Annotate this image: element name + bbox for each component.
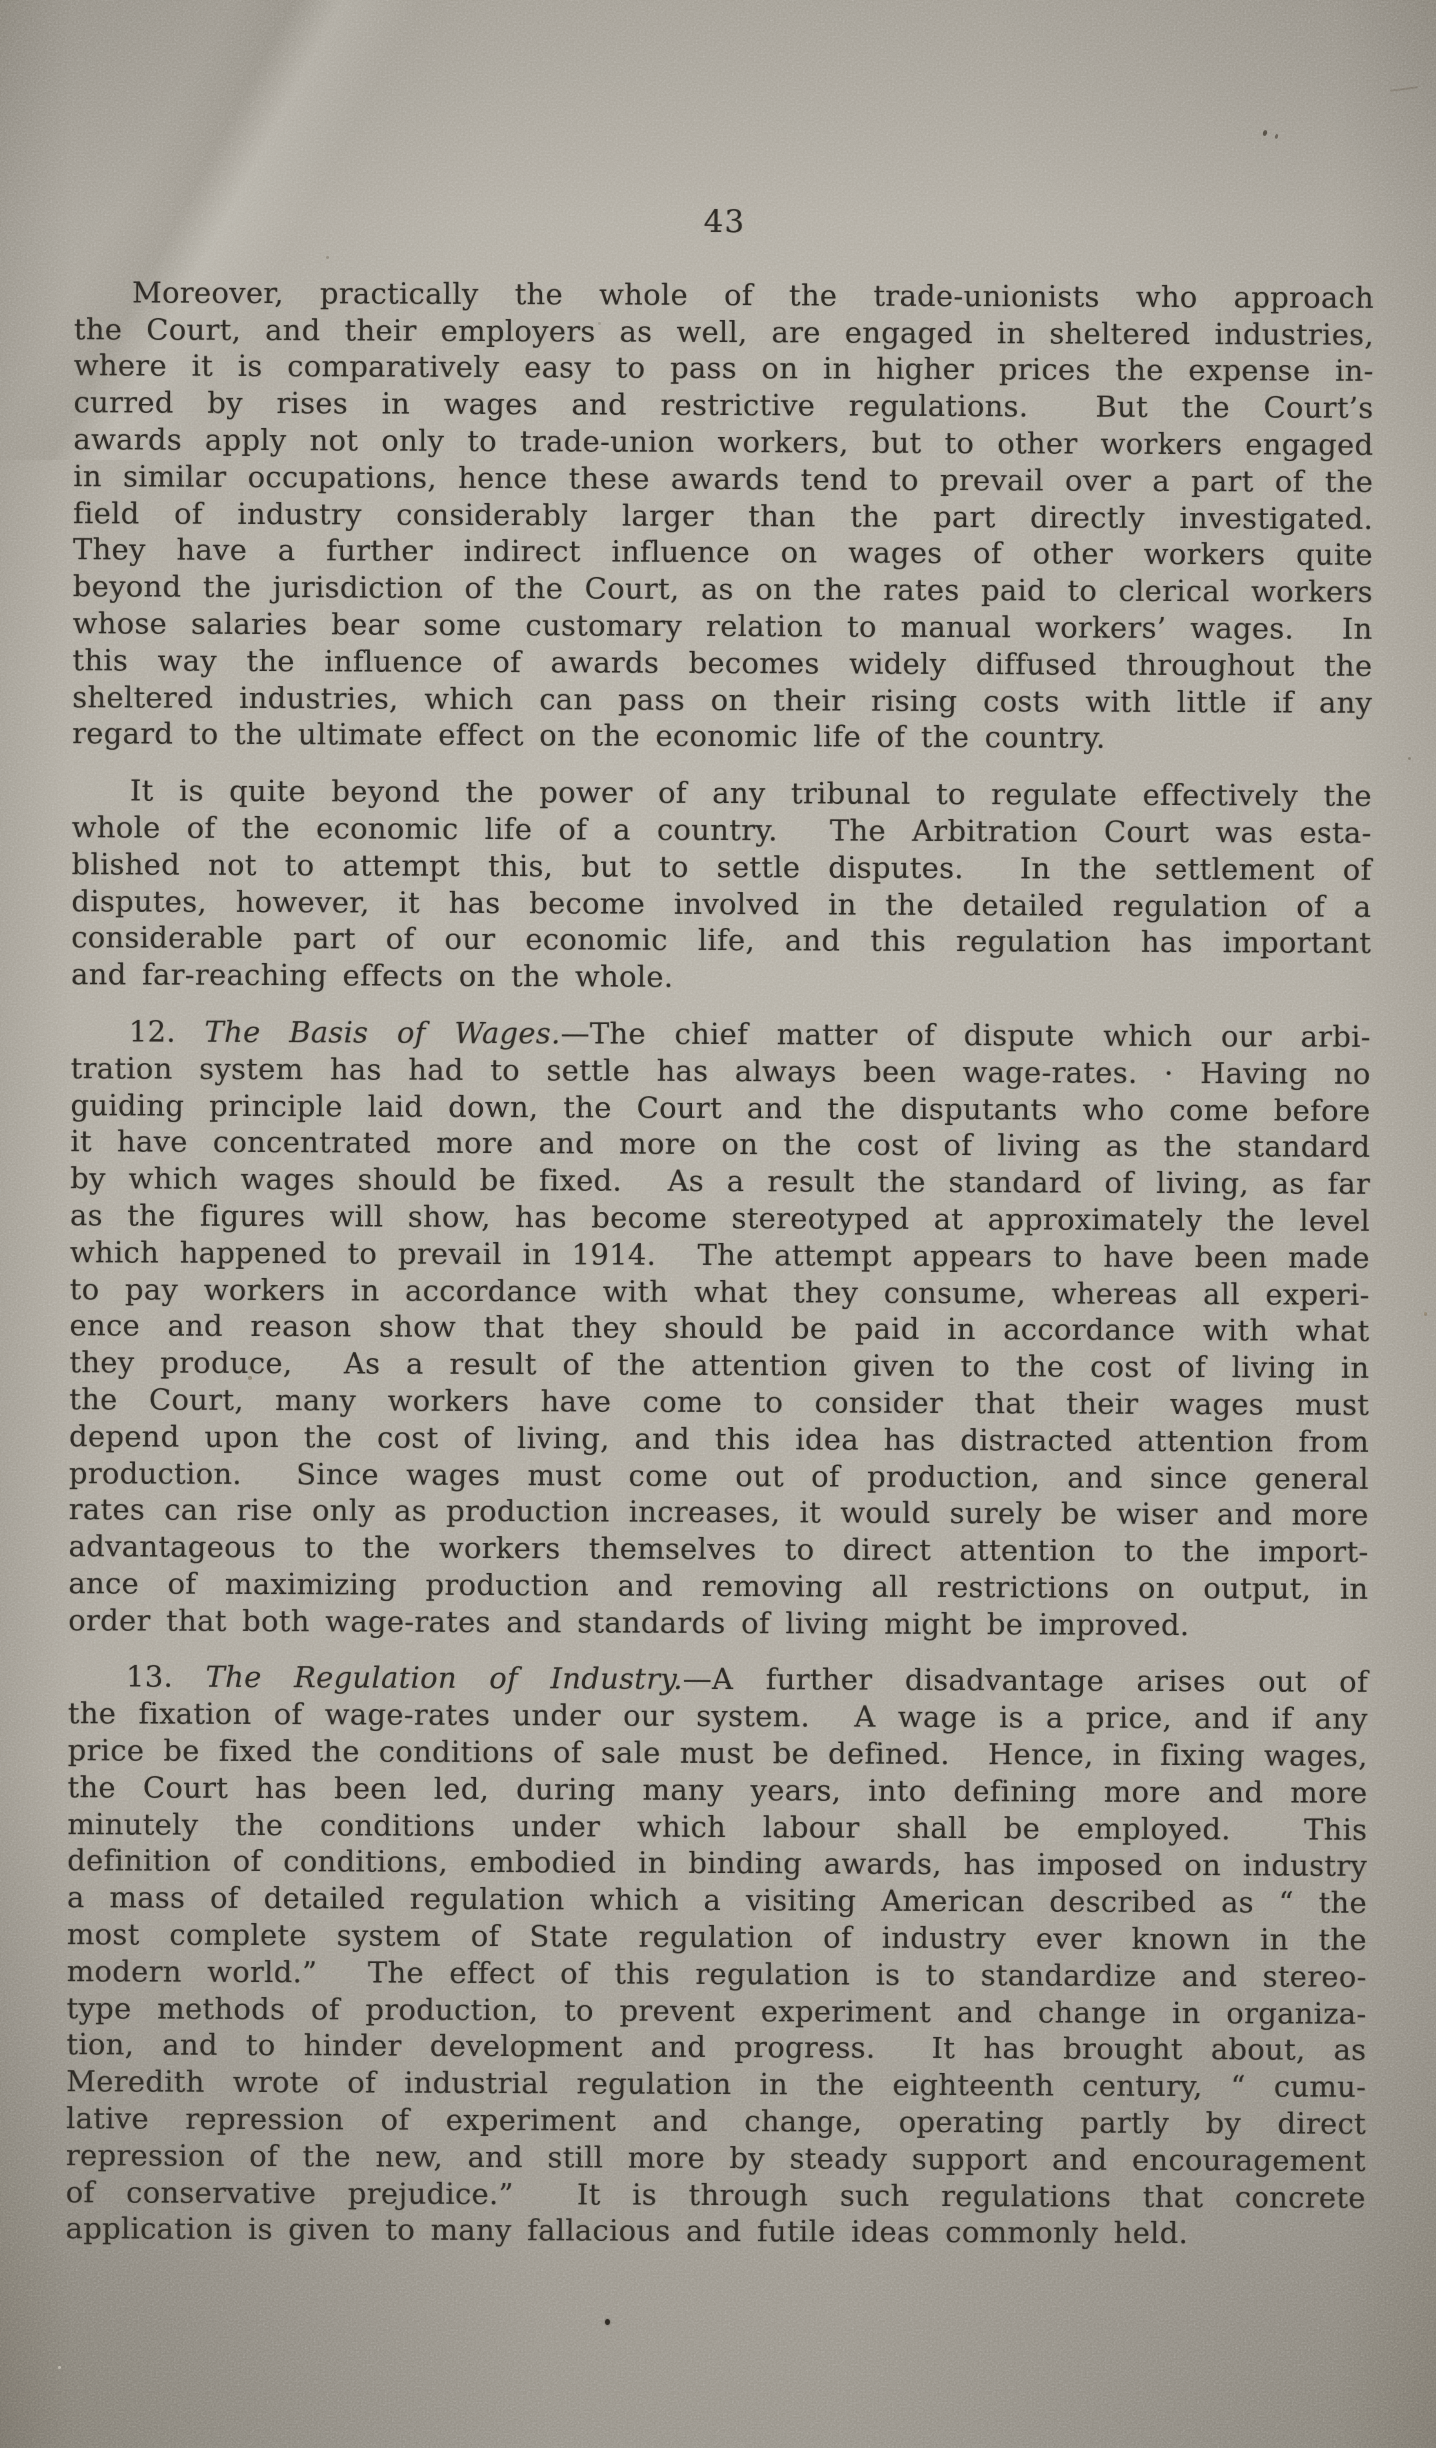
text-line: curred by rises in wages and restrictive… — [74, 384, 1374, 426]
paragraph: 12. The Basis of Wages.—The chief matter… — [68, 1013, 1371, 1644]
paper-speck — [1408, 757, 1411, 760]
text-line: regard to the ultimate effect on the eco… — [72, 716, 1372, 758]
text-line: rates can rise only as production increa… — [69, 1491, 1369, 1533]
text-line: advantageous to the workers themselves t… — [69, 1528, 1369, 1570]
text-line: awards apply not only to trade-union wor… — [73, 421, 1373, 463]
page-number: 43 — [74, 201, 1374, 243]
paragraph: 13. The Regulation of Industry.—A furthe… — [66, 1659, 1369, 2253]
text-line: tion, and to hinder development and prog… — [66, 2027, 1366, 2069]
text-line: it have concentrated more and more on th… — [70, 1123, 1370, 1165]
text-line: and far-reaching effects on the whole. — [71, 956, 1371, 998]
text-line: whose salaries bear some customary relat… — [73, 605, 1373, 647]
text-line: by which wages should be fixed. As a res… — [70, 1160, 1370, 1202]
text-line: most complete system of State regulation… — [67, 1916, 1367, 1958]
text-line: this way the influence of awards becomes… — [72, 642, 1372, 684]
text-line: modern world.” The effect of this regula… — [67, 1953, 1367, 1995]
paragraph: It is quite beyond the power of any trib… — [71, 772, 1372, 998]
text-line: depend upon the cost of living, and this… — [69, 1418, 1369, 1460]
text-line: the Court has been led, during many year… — [67, 1769, 1367, 1811]
text-line: 12. The Basis of Wages.—The chief matter… — [71, 1013, 1371, 1055]
text-line: the Court, and their employers as well, … — [74, 311, 1374, 353]
paper-speck — [1424, 1312, 1427, 1316]
paper-speck — [605, 2319, 610, 2325]
text-line: price be fixed the conditions of sale mu… — [68, 1732, 1368, 1774]
text-line: of conservative prejudice.” It is throug… — [66, 2174, 1366, 2216]
text-line: Meredith wrote of industrial regulation … — [66, 2063, 1366, 2105]
paragraph: Moreover, practically the whole of the t… — [72, 274, 1374, 758]
text-line: which happened to prevail in 1914. The a… — [70, 1234, 1370, 1276]
text-line: whole of the economic life of a country.… — [72, 809, 1372, 851]
text-line: blished not to attempt this, but to sett… — [71, 846, 1371, 888]
paper-speck — [1262, 130, 1268, 137]
text-line: as the figures will show, has become ste… — [70, 1197, 1370, 1239]
text-block: 43 Moreover, practically the whole of th… — [66, 201, 1375, 2253]
text-line: repression of the new, and still more by… — [66, 2137, 1366, 2179]
text-line: order that both wage-rates and standards… — [68, 1602, 1368, 1644]
text-line: ance of maximizing production and removi… — [68, 1565, 1368, 1607]
text-line: It is quite beyond the power of any trib… — [72, 772, 1372, 814]
text-line: lative repression of experiment and chan… — [66, 2100, 1366, 2142]
text-line: the Court, many workers have come to con… — [69, 1381, 1369, 1423]
scanned-page: 43 Moreover, practically the whole of th… — [0, 0, 1436, 2448]
text-line: ence and reason show that they should be… — [69, 1307, 1369, 1349]
text-line: type methods of production, to prevent e… — [67, 1990, 1367, 2032]
text-line: they produce, As a result of the attenti… — [69, 1344, 1369, 1386]
text-line: a mass of detailed regulation which a vi… — [67, 1879, 1367, 1921]
text-line: to pay workers in accordance with what t… — [70, 1271, 1370, 1313]
text-line: beyond the jurisdiction of the Court, as… — [73, 568, 1373, 610]
text-line: production. Since wages must come out of… — [69, 1455, 1369, 1497]
paper-speck — [1275, 134, 1279, 139]
text-line: in similar occupations, hence these awar… — [73, 458, 1373, 500]
text-line: application is given to many fallacious … — [66, 2211, 1366, 2253]
text-line: sheltered industries, which can pass on … — [72, 679, 1372, 721]
text-line: disputes, however, it has become involve… — [71, 883, 1371, 925]
text-line: Moreover, practically the whole of the t… — [74, 274, 1374, 316]
text-line: guiding principle laid down, the Court a… — [70, 1087, 1370, 1129]
text-line: They have a further indirect influence o… — [73, 532, 1373, 574]
text-line: tration system has had to settle has alw… — [71, 1050, 1371, 1092]
text-line: field of industry considerably larger th… — [73, 495, 1373, 537]
text-line: minutely the conditions under which labo… — [67, 1806, 1367, 1848]
paper-speck — [58, 2366, 61, 2369]
scratch-mark — [1390, 86, 1418, 92]
text-line: 13. The Regulation of Industry.—A furthe… — [68, 1659, 1368, 1701]
text-line: considerable part of our economic life, … — [71, 920, 1371, 962]
text-line: definition of conditions, embodied in bi… — [67, 1843, 1367, 1885]
text-line: where it is comparatively easy to pass o… — [74, 348, 1374, 390]
text-line: the fixation of wage-rates under our sys… — [68, 1695, 1368, 1737]
